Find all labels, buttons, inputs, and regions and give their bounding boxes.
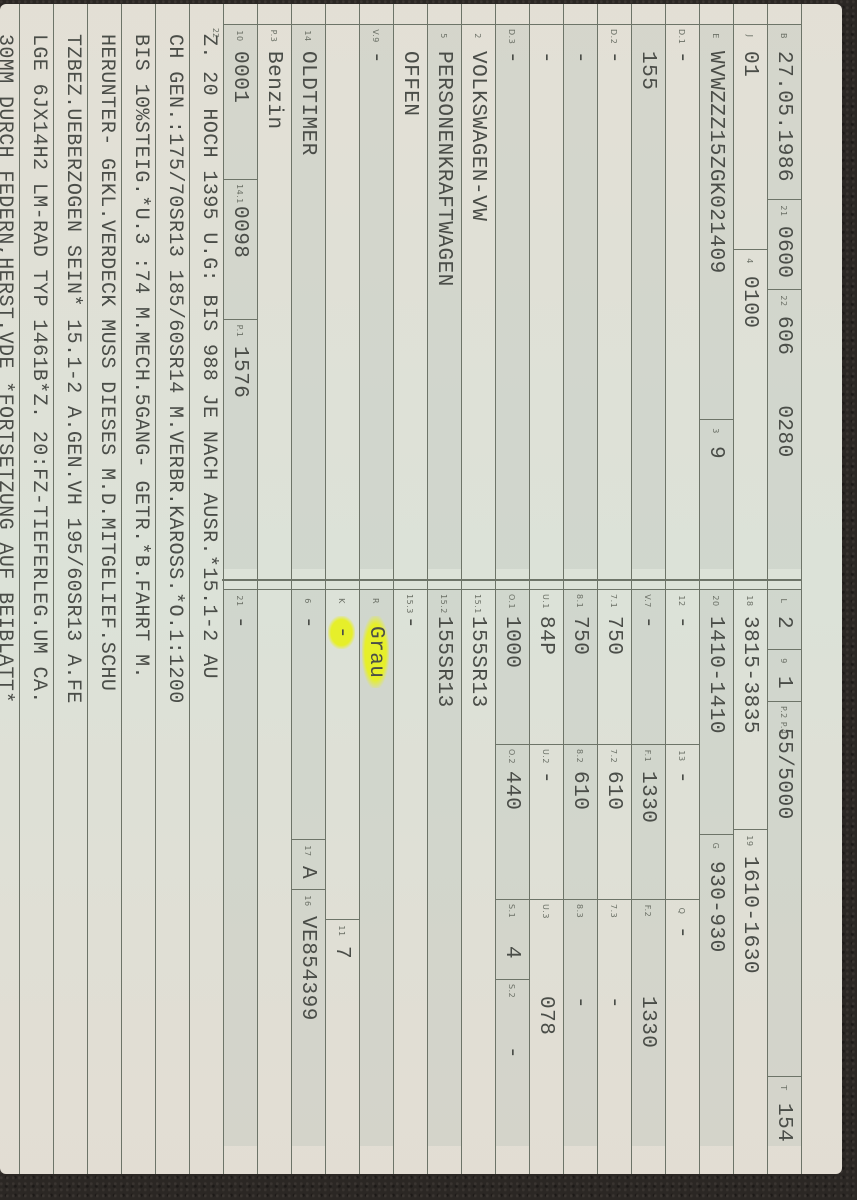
field-d2c: - [529,24,563,569]
row-b: B27.05.1986 210600 226060280 L2 91 P.2 P… [767,4,802,1174]
displacement: 1576 [229,346,252,398]
field-d2: D.2- [597,24,631,569]
field-11: 117 [325,919,359,1146]
field-22: 226060280 [767,289,801,569]
row-k: K- 117 [325,4,360,1174]
remark-line-1: Z. 20 HOCH 1395 U.G: BIS 988 JE NACH AUS… [197,34,220,679]
remark-line-7: 30MM DURCH FEDERN,HERST.VDE *FORTSETZUNG… [0,34,16,704]
remark-line-2: CH GEN.:175/70SR13 185/60SR14 M.VERBR.KA… [163,34,186,704]
field-o1: O.11000 [495,589,529,744]
field-q: Q- [665,899,699,1146]
row-8: - 8.1750 8.2610 8.3- [563,4,598,1174]
field-p2p4: P.2 P.455/5000 [767,701,801,1076]
field-s1: S.14 [495,899,529,979]
field-14-1: 14.10098 [223,179,257,319]
remark-line-5: TZBEZ.UEBERZOGEN SEIN* 15.1-2 A.GEN.VH 1… [61,34,84,704]
field-b: B27.05.1986 [767,24,801,199]
row-type: 5PERSONENKRAFTWAGEN 15.2155SR13 [427,4,462,1174]
row-color: V.9- RGrau [359,4,394,1174]
field-d1: D.1- [665,24,699,569]
fuel-type: Benzin [263,51,286,130]
field-15-3: 15.3- [393,589,427,1146]
color-value-highlighted: Grau [363,616,390,688]
row-u: - U.184P U.2- U.3078 [529,4,564,1174]
field-3: 39 [699,419,733,569]
field-k: K- [325,589,359,919]
field-d3: D.3- [495,24,529,569]
field-t: T154 [767,1076,801,1146]
field-8-2: 8.2610 [563,744,597,899]
field-155: 155 [631,24,665,569]
field-21b: 21- [223,589,257,1146]
field-5b: OFFEN [393,24,427,569]
field-e: EWVWZZZ15ZGK021409 [699,24,733,419]
row-d3: D.3- O.11000 O.2440 S.14 S.2- [495,4,530,1174]
make: VOLKSWAGEN-VW [467,51,490,221]
field-v9: V.9- [359,24,393,569]
field-9: 91 [767,649,801,701]
field-5: 5PERSONENKRAFTWAGEN [427,24,461,569]
field-8-3: 8.3- [563,899,597,1146]
row-p3: P.3Benzin [257,4,292,1174]
row-e: EWVWZZZ15ZGK021409 39 201410-1410 G930-9… [699,4,734,1174]
field-21: 210600 [767,199,801,289]
remark-line-3: BIS 10%STEIG.*U.3 :74 M.MECH.5GANG- GETR… [129,34,152,679]
row-10: 100001 14.10098 P.11576 21- [223,4,258,1174]
field-f1: F.11330 [631,744,665,899]
field-f2: F.21330 [631,899,665,1146]
field-g: G930-930 [699,834,733,1146]
field-12: 12- [665,589,699,744]
field-u3: U.3078 [529,899,563,1146]
field-v7: V.7- [631,589,665,744]
first-registration-date: 27.05.1986 [773,51,796,182]
field-s2: S.2- [495,979,529,1146]
field-8-1: 8.1750 [563,589,597,744]
field-u1: U.184P [529,589,563,744]
body-type: OFFEN [399,51,422,117]
remark-line-4: HERUNTER- GEKL.VERDECK MUSS DIESES M.D.M… [95,34,118,691]
field-p3-right [257,589,291,1146]
field-o2: O.2440 [495,744,529,899]
field-u2: U.2- [529,744,563,899]
field-18: 183815-3835 [733,589,767,829]
field-p3: P.3Benzin [257,24,291,569]
field-14: 14OLDTIMER [291,24,325,569]
row-body: OFFEN 15.3- [393,4,428,1174]
remark-line-6: LGE 6JX14H2 LM-RAD TYP 1461B*Z. 20:FZ-TI… [27,34,50,704]
field-16: 16VE854399 [291,889,325,1146]
row-make: 2VOLKSWAGEN-VW 15.1155SR13 [461,4,496,1174]
field-7-1: 7.1750 [597,589,631,744]
field-4: 40100 [733,249,767,569]
row-14: 14OLDTIMER 6- 17A 16VE854399 [291,4,326,1174]
vehicle-type: PERSONENKRAFTWAGEN [433,51,456,287]
field-10: 100001 [223,24,257,179]
row-d1: D.1- 12- 13- Q- [665,4,700,1174]
field-20: 201410-1410 [699,589,733,834]
field-r: RGrau [359,589,393,1146]
field-17: 17A [291,839,325,889]
field-d2b: - [563,24,597,569]
field-7-3: 7.3- [597,899,631,1146]
field-7-2: 7.2610 [597,744,631,899]
field-15-2: 15.2155SR13 [427,589,461,1146]
field-15-1: 15.1155SR13 [461,589,495,1146]
field-p1: P.11576 [223,319,257,569]
row-v7: 155 V.7- F.11330 F.21330 [631,4,666,1174]
row-j: J01 40100 183815-3835 191610-1630 [733,4,768,1174]
field-l: L2 [767,589,801,649]
field-empty [325,24,359,569]
field-13: 13- [665,744,699,899]
field-j: J01 [733,24,767,249]
field-19: 191610-1630 [733,829,767,1146]
field-6: 6- [291,589,325,839]
registration-document: B27.05.1986 210600 226060280 L2 91 P.2 P… [0,4,842,1174]
vin: WVWZZZ15ZGK021409 [705,51,728,274]
field-2: 2VOLKSWAGEN-VW [461,24,495,569]
row-d2-7: D.2- 7.1750 7.2610 7.3- [597,4,632,1174]
